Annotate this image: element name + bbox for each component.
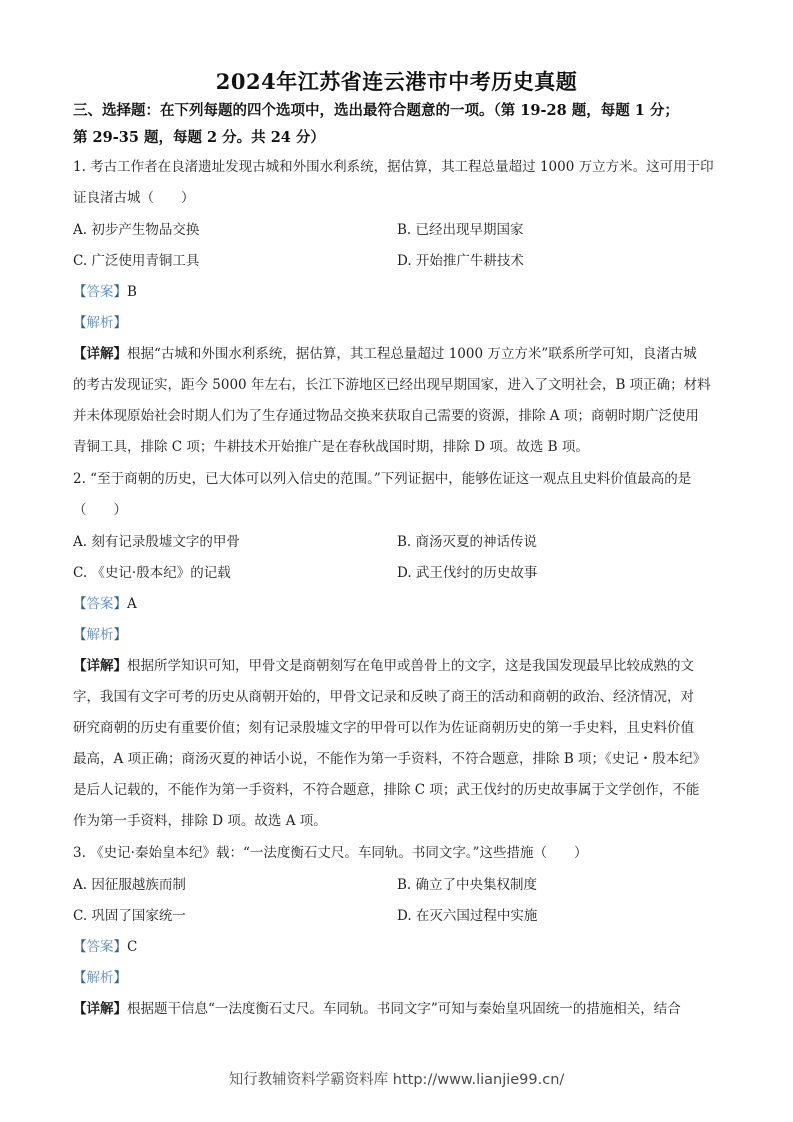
- question-stem-line: （ ）: [73, 500, 723, 520]
- option-d: D. 在灭六国过程中实施: [397, 906, 537, 926]
- option-a: A. 初步产生物品交换: [73, 220, 199, 240]
- answer-label: 【答案】: [73, 939, 127, 955]
- answer-value: C: [127, 939, 137, 955]
- answer-value: B: [127, 284, 137, 300]
- answer-label: 【答案】: [73, 284, 127, 300]
- detail-label: 【详解】: [73, 1001, 127, 1017]
- question-stem-line: 2. “至于商朝的历史，已大体可以列入信史的范围。”下列证据中，能够佐证这一观点…: [73, 469, 723, 489]
- detail-line: 并未体现原始社会时期人们为了生存通过物品交换来获取自己需要的资源，排除 A 项；…: [73, 406, 723, 426]
- option-c: C. 广泛使用青铜工具: [73, 251, 199, 271]
- option-c: C. 巩固了国家统一: [73, 906, 186, 926]
- detail-label: 【详解】: [73, 658, 127, 674]
- detail-line: 【详解】根据题干信息“一法度衡石丈尺。车同轨。书同文字”可知与秦始皇巩固统一的措…: [73, 999, 723, 1019]
- detail-line: 最高，A 项正确；商汤灭夏的神话小说，不能作为第一手资料，不符合题意，排除 B …: [73, 749, 723, 769]
- answer-label: 【答案】: [73, 596, 127, 612]
- detail-line: 【详解】根据所学知识可知，甲骨文是商朝刻写在龟甲或兽骨上的文字，这是我国发现最早…: [73, 656, 723, 676]
- footer-watermark: 知行教辅资料学霸资料库 http://www.lianjie99.cn/: [0, 1068, 793, 1089]
- question-stem-line: 1. 考古工作者在良渚遗址发现古城和外围水利系统，据估算，其工程总量超过 100…: [73, 157, 723, 177]
- detail-label: 【详解】: [73, 346, 127, 362]
- option-d: D. 开始推广牛耕技术: [397, 251, 524, 271]
- detail-line: 研究商朝的历史有重要价值；刻有记录殷墟文字的甲骨可以作为佐证商朝历史的第一手史料…: [73, 718, 723, 738]
- option-b: B. 确立了中央集权制度: [397, 875, 537, 895]
- detail-line: 【详解】根据“古城和外围水利系统，据估算，其工程总量超过 1000 万立方米”联…: [73, 344, 723, 364]
- question-stem-line: 3. 《史记·秦始皇本纪》载：“一法度衡石丈尺。车同轨。书同文字。”这些措施（ …: [73, 843, 723, 863]
- answer-line: 【答案】C: [73, 937, 723, 957]
- option-a: A. 刻有记录殷墟文字的甲骨: [73, 532, 240, 552]
- section-heading-line-2: 第 29-35 题，每题 2 分。共 24 分）: [73, 125, 723, 150]
- option-b: B. 已经出现早期国家: [397, 220, 524, 240]
- exam-page: 2024年江苏省连云港市中考历史真题 三、选择题：在下列每题的四个选项中，选出最…: [0, 0, 793, 1122]
- analysis-label: 【解析】: [73, 968, 723, 988]
- option-a: A. 因征服越族而制: [73, 875, 186, 895]
- option-d: D. 武王伐纣的历史故事: [397, 563, 537, 583]
- section-heading-line-1: 三、选择题：在下列每题的四个选项中，选出最符合题意的一项。（第 19-28 题，…: [73, 98, 723, 123]
- answer-value: A: [127, 596, 137, 612]
- analysis-label: 【解析】: [73, 313, 723, 333]
- answer-line: 【答案】A: [73, 594, 723, 614]
- answer-line: 【答案】B: [73, 282, 723, 302]
- detail-line: 字，我国有文字可考的历史从商朝开始的，甲骨文记录和反映了商王的活动和商朝的政治、…: [73, 687, 723, 707]
- option-b: B. 商汤灭夏的神话传说: [397, 532, 537, 552]
- detail-line: 青铜工具，排除 C 项；牛耕技术开始推广是在春秋战国时期，排除 D 项。故选 B…: [73, 437, 723, 457]
- document-title: 2024年江苏省连云港市中考历史真题: [0, 66, 793, 96]
- detail-line: 是后人记载的，不能作为第一手资料，不符合题意，排除 C 项；武王伐纣的历史故事属…: [73, 780, 723, 800]
- analysis-label: 【解析】: [73, 625, 723, 645]
- question-stem-line: 证良渚古城（ ）: [73, 188, 723, 208]
- detail-line: 的考古发现证实，距今 5000 年左右，长江下游地区已经出现早期国家，进入了文明…: [73, 375, 723, 395]
- detail-line: 作为第一手资料，排除 D 项。故选 A 项。: [73, 811, 723, 831]
- option-c: C. 《史记·殷本纪》的记载: [73, 563, 231, 583]
